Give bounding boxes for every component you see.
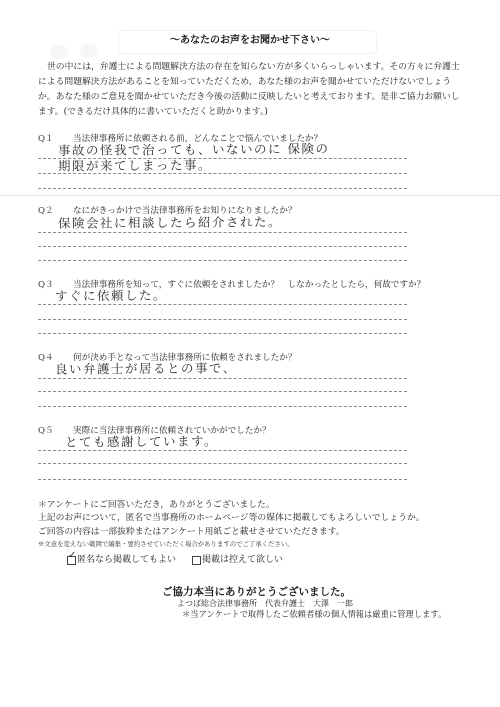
handwritten-answer: とても感謝しています。 [65, 434, 218, 449]
page-title: ～あなたのお声をお聞かせ下さい～ [0, 35, 500, 47]
answer-line [38, 173, 407, 174]
question-label: Q１ [38, 133, 54, 145]
answer-line [38, 158, 407, 159]
scan-fold-line [0, 195, 500, 196]
answer-line [38, 479, 407, 480]
closing-thanks: ご協力本当にありがとうございました。 [162, 586, 351, 598]
decorative-mark [50, 45, 68, 59]
question-label: Q４ [38, 352, 54, 364]
question-label: Q３ [38, 279, 54, 291]
answer-line [38, 260, 407, 261]
handwritten-answer: すぐに依頼した。 [55, 289, 167, 304]
question-label: Q５ [38, 425, 54, 437]
publish-scope: ご回答の内容は一部抜粋またはアンケート用紙ごと載せさせていただきます。 [38, 526, 345, 538]
answer-line [38, 188, 407, 189]
answer-line [38, 463, 407, 464]
intro-line: 世の中には，弁護士による問題解決方法の存在を知らない方が多くいらっしゃいます。そ… [47, 61, 460, 73]
intro-line: ます。(できるだけ具体的に書いていただくと助かります。) [38, 106, 268, 118]
consent-option-label: 匿名なら掲載してもよい [77, 554, 176, 566]
answer-line [38, 378, 407, 379]
publish-question: 上記のお声について，匿名で当事務所のホームページ等の媒体に掲載してもよろしいでし… [38, 512, 425, 524]
answer-line [38, 406, 407, 407]
footer-thanks: ＊アンケートにご回答いただき，ありがとうございました。 [38, 499, 275, 511]
answer-line [38, 232, 407, 233]
consent-option-label: 掲載は控えて欲しい [202, 554, 283, 566]
answer-line [38, 391, 407, 392]
intro-line: か。あなた様のご意見を聞かせていただき今後の活動に反映したいと考えております。是… [38, 91, 460, 103]
answer-line [38, 333, 407, 334]
question-label: Q２ [38, 205, 54, 217]
handwritten-answer: 良い弁護士が居るとの事で、 [55, 361, 237, 376]
checkmark-icon: ✓ [68, 551, 76, 561]
handwritten-answer: 保険会社に相談したら紹介された。 [58, 215, 282, 231]
answer-line [38, 304, 407, 305]
edit-note: ※文意を変えない範囲で編集・要約させていただく場合がありますのでご了承ください。 [38, 540, 294, 548]
answer-line [38, 319, 407, 320]
answer-line [38, 246, 407, 247]
answer-line [38, 450, 407, 451]
privacy-note: ＊当アンケートで取得したご依頼者様の個人情報は厳重に管理します。 [182, 608, 446, 620]
checkbox-decline [192, 556, 201, 565]
handwritten-answer: 事故の怪我で治っても、いないのに 保険の [58, 142, 330, 158]
handwritten-answer: 期限が来てしまった事。 [58, 158, 212, 173]
intro-line: による問題解決方法があることを知っていただくため，あなた様のお声を聞かせていただ… [38, 76, 451, 88]
